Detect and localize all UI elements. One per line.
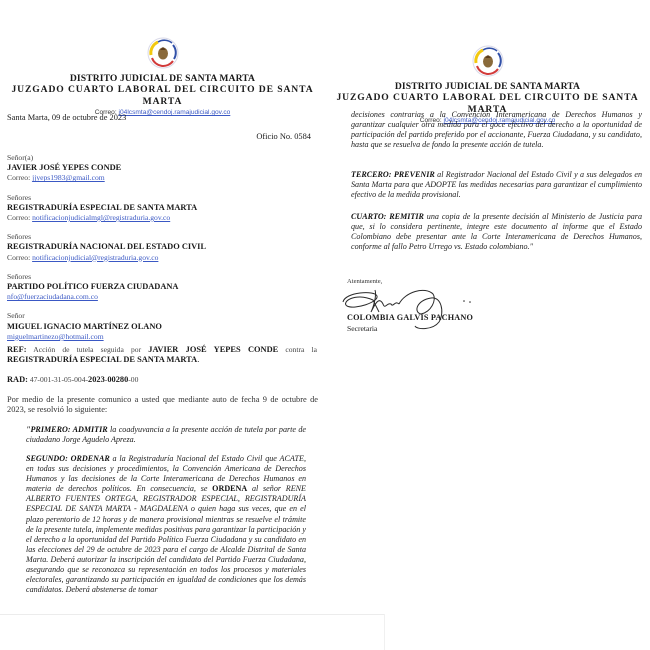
resolution-segundo: SEGUNDO: ORDENAR a la Registraduría Naci… bbox=[26, 454, 306, 595]
resolution-continuation: decisiones contrarias a la Convención In… bbox=[351, 110, 642, 150]
resolution-cuarto: CUARTO: REMITIR una copia de la presente… bbox=[351, 212, 642, 252]
recipient-email-link[interactable]: jjyeps1983@gmail.com bbox=[32, 173, 105, 182]
recipient-name: PARTIDO POLÍTICO FUERZA CIUDADANA bbox=[7, 282, 317, 292]
district-title: DISTRITO JUDICIAL DE SANTA MARTA bbox=[0, 73, 325, 84]
signer-title: Secretaria bbox=[347, 324, 377, 333]
intro-paragraph: Por medio de la presente comunico a uste… bbox=[7, 395, 318, 415]
signer-name: COLOMBIA GALVIS PACHANO bbox=[347, 313, 473, 322]
court-title: JUZGADO CUARTO LABORAL DEL CIRCUITO DE S… bbox=[0, 84, 325, 108]
resolution-primero: "PRIMERO: ADMITIR la coadyuvancia a la p… bbox=[26, 425, 306, 445]
recipient-email-link[interactable]: miguelmartinezo@hotmail.com bbox=[7, 332, 104, 341]
court-email-link[interactable]: j04lcsmta@cendoj.ramajudicial.gov.co bbox=[119, 109, 231, 116]
recipient-block: Señor(a) JAVIER JOSÉ YEPES CONDE Correo:… bbox=[7, 153, 317, 184]
reference-line: REF: Acción de tutela seguida por JAVIER… bbox=[7, 345, 317, 365]
recipient-block: Señores PARTIDO POLÍTICO FUERZA CIUDADAN… bbox=[7, 272, 317, 303]
letterhead: DISTRITO JUDICIAL DE SANTA MARTA JUZGADO… bbox=[0, 36, 325, 118]
recipient-email-link[interactable]: notificacionjudicialmgl@registraduria.go… bbox=[32, 213, 170, 222]
recipient-name: MIGUEL IGNACIO MARTÍNEZ OLANO bbox=[7, 322, 317, 332]
recipient-block: Señor MIGUEL IGNACIO MARTÍNEZ OLANO migu… bbox=[7, 311, 317, 342]
recipient-list: Señor(a) JAVIER JOSÉ YEPES CONDE Correo:… bbox=[7, 153, 317, 351]
recipient-name: REGISTRADURÍA ESPECIAL DE SANTA MARTA bbox=[7, 203, 317, 213]
document-page-2: DISTRITO JUDICIAL DE SANTA MARTA JUZGADO… bbox=[325, 0, 650, 650]
recipient-salutation: Señores bbox=[7, 272, 317, 282]
oficio-number: Oficio No. 0584 bbox=[256, 132, 311, 142]
recipient-salutation: Señor bbox=[7, 311, 317, 321]
radicado-line: RAD: 47-001-31-05-004-2023-00280-00 bbox=[7, 375, 138, 385]
recipient-name: REGISTRADURÍA NACIONAL DEL ESTADO CIVIL bbox=[7, 242, 317, 252]
colombia-judicial-crest-icon bbox=[146, 36, 180, 70]
resolution-tercero: TERCERO: PREVENIR al Registrador Naciona… bbox=[351, 170, 642, 200]
colombia-judicial-crest-icon bbox=[471, 44, 505, 78]
recipient-email-link[interactable]: notificacionjudicial@registraduria.gov.c… bbox=[32, 253, 158, 262]
letter-date: Santa Marta, 09 de octubre de 2023 bbox=[7, 113, 126, 123]
recipient-email-link[interactable]: nfo@fuerzaciudadana.com.co bbox=[7, 292, 98, 301]
document-page-1: DISTRITO JUDICIAL DE SANTA MARTA JUZGADO… bbox=[0, 0, 325, 615]
recipient-salutation: Señores bbox=[7, 232, 317, 242]
recipient-block: Señores REGISTRADURÍA ESPECIAL DE SANTA … bbox=[7, 193, 317, 224]
recipient-salutation: Señor(a) bbox=[7, 153, 317, 163]
recipient-name: JAVIER JOSÉ YEPES CONDE bbox=[7, 163, 317, 173]
district-title: DISTRITO JUDICIAL DE SANTA MARTA bbox=[325, 81, 650, 92]
recipient-salutation: Señores bbox=[7, 193, 317, 203]
recipient-block: Señores REGISTRADURÍA NACIONAL DEL ESTAD… bbox=[7, 232, 317, 263]
